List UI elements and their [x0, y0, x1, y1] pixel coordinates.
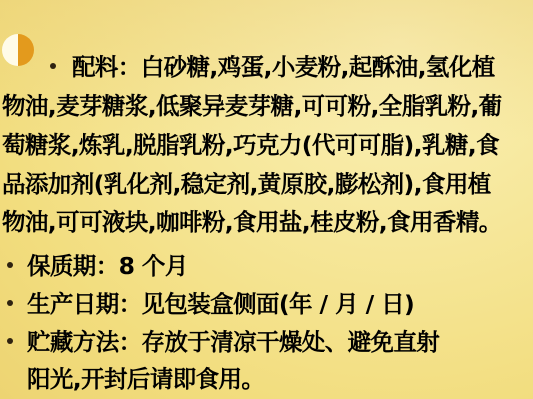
- shelf-life: 保质期：8 个月: [27, 251, 188, 281]
- ingredients-line-4: 品添加剂(乳化剂,稳定剂,黄原胶,膨松剂),食用植: [2, 169, 491, 199]
- bullet-icon: [7, 300, 13, 306]
- production-date: 生产日期：见包装盒侧面(年 / 月 / 日): [27, 289, 414, 319]
- ingredients-line-1: 白砂糖,鸡蛋,小麦粉,起酥油,氢化植: [141, 53, 495, 81]
- storage-line-2: 阳光,开封后请即食用。: [27, 364, 264, 394]
- ingredients-label: 配料：: [72, 53, 141, 81]
- ingredients-heading-line: 配料：白砂糖,鸡蛋,小麦粉,起酥油,氢化植: [72, 52, 495, 82]
- half-circle-icon: [2, 34, 34, 66]
- bullet-icon: [7, 338, 13, 344]
- ingredients-line-3: 萄糖浆,炼乳,脱脂乳粉,巧克力(代可可脂),乳糖,食: [2, 130, 499, 160]
- ingredients-line-5: 物油,可可液块,咖啡粉,食用盐,桂皮粉,食用香精。: [2, 207, 502, 237]
- storage-line-1: 贮藏方法：存放于清凉干燥处、避免直射: [27, 327, 439, 357]
- bullet-icon: [50, 63, 56, 69]
- bullet-icon: [7, 262, 13, 268]
- ingredients-line-2: 物油,麦芽糖浆,低聚异麦芽糖,可可粉,全脂乳粉,葡: [2, 91, 502, 121]
